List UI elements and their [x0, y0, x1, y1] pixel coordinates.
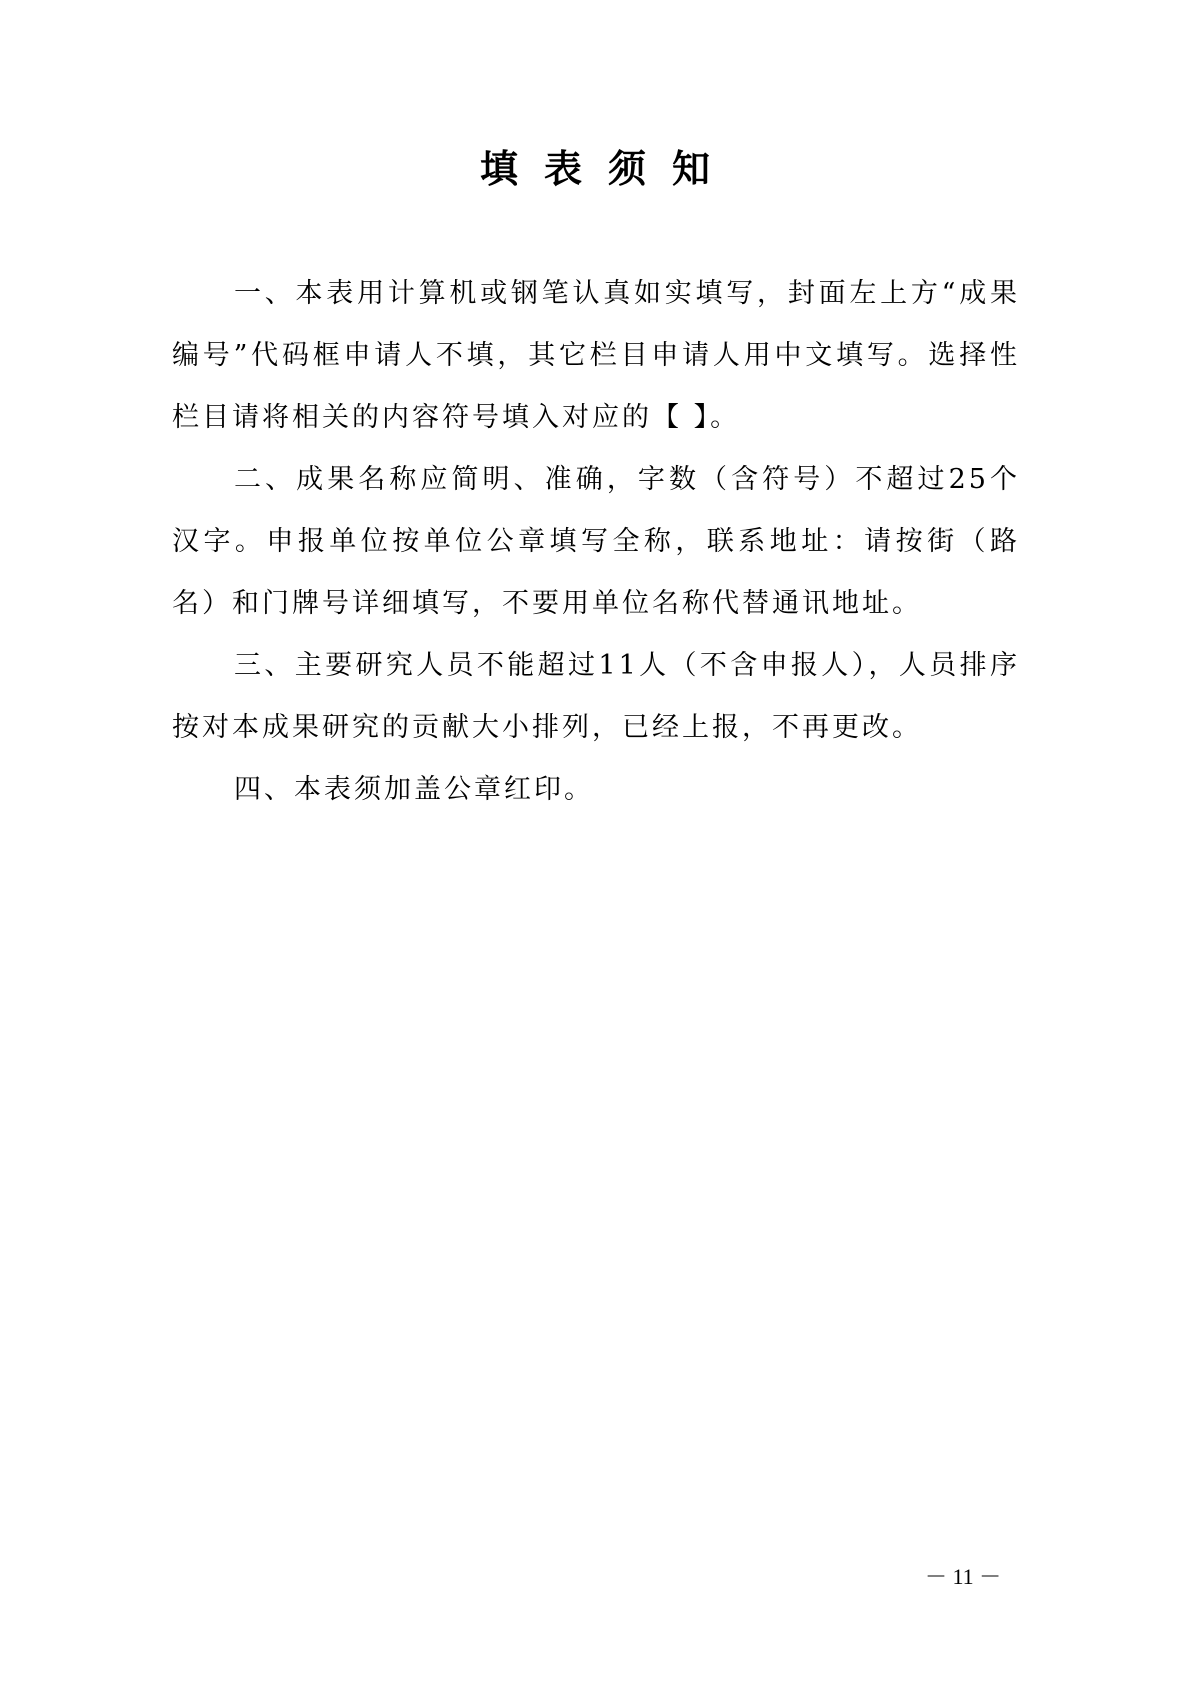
instruction-paragraph-1: 一、本表用计算机或钢笔认真如实填写，封面左上方“成果编号”代码框申请人不填，其它…: [172, 263, 1020, 449]
page-number: － 11 －: [925, 1560, 1001, 1591]
document-page: 填表须知 一、本表用计算机或钢笔认真如实填写，封面左上方“成果编号”代码框申请人…: [0, 0, 1190, 1683]
instructions-body: 一、本表用计算机或钢笔认真如实填写，封面左上方“成果编号”代码框申请人不填，其它…: [172, 263, 1020, 821]
instruction-paragraph-3: 三、主要研究人员不能超过11人（不含申报人），人员排序按对本成果研究的贡献大小排…: [172, 635, 1020, 759]
instruction-paragraph-2: 二、成果名称应简明、准确，字数（含符号）不超过25个汉字。申报单位按单位公章填写…: [172, 449, 1020, 635]
page-title: 填表须知: [0, 138, 1190, 193]
instruction-paragraph-4: 四、本表须加盖公章红印。: [172, 759, 1020, 821]
